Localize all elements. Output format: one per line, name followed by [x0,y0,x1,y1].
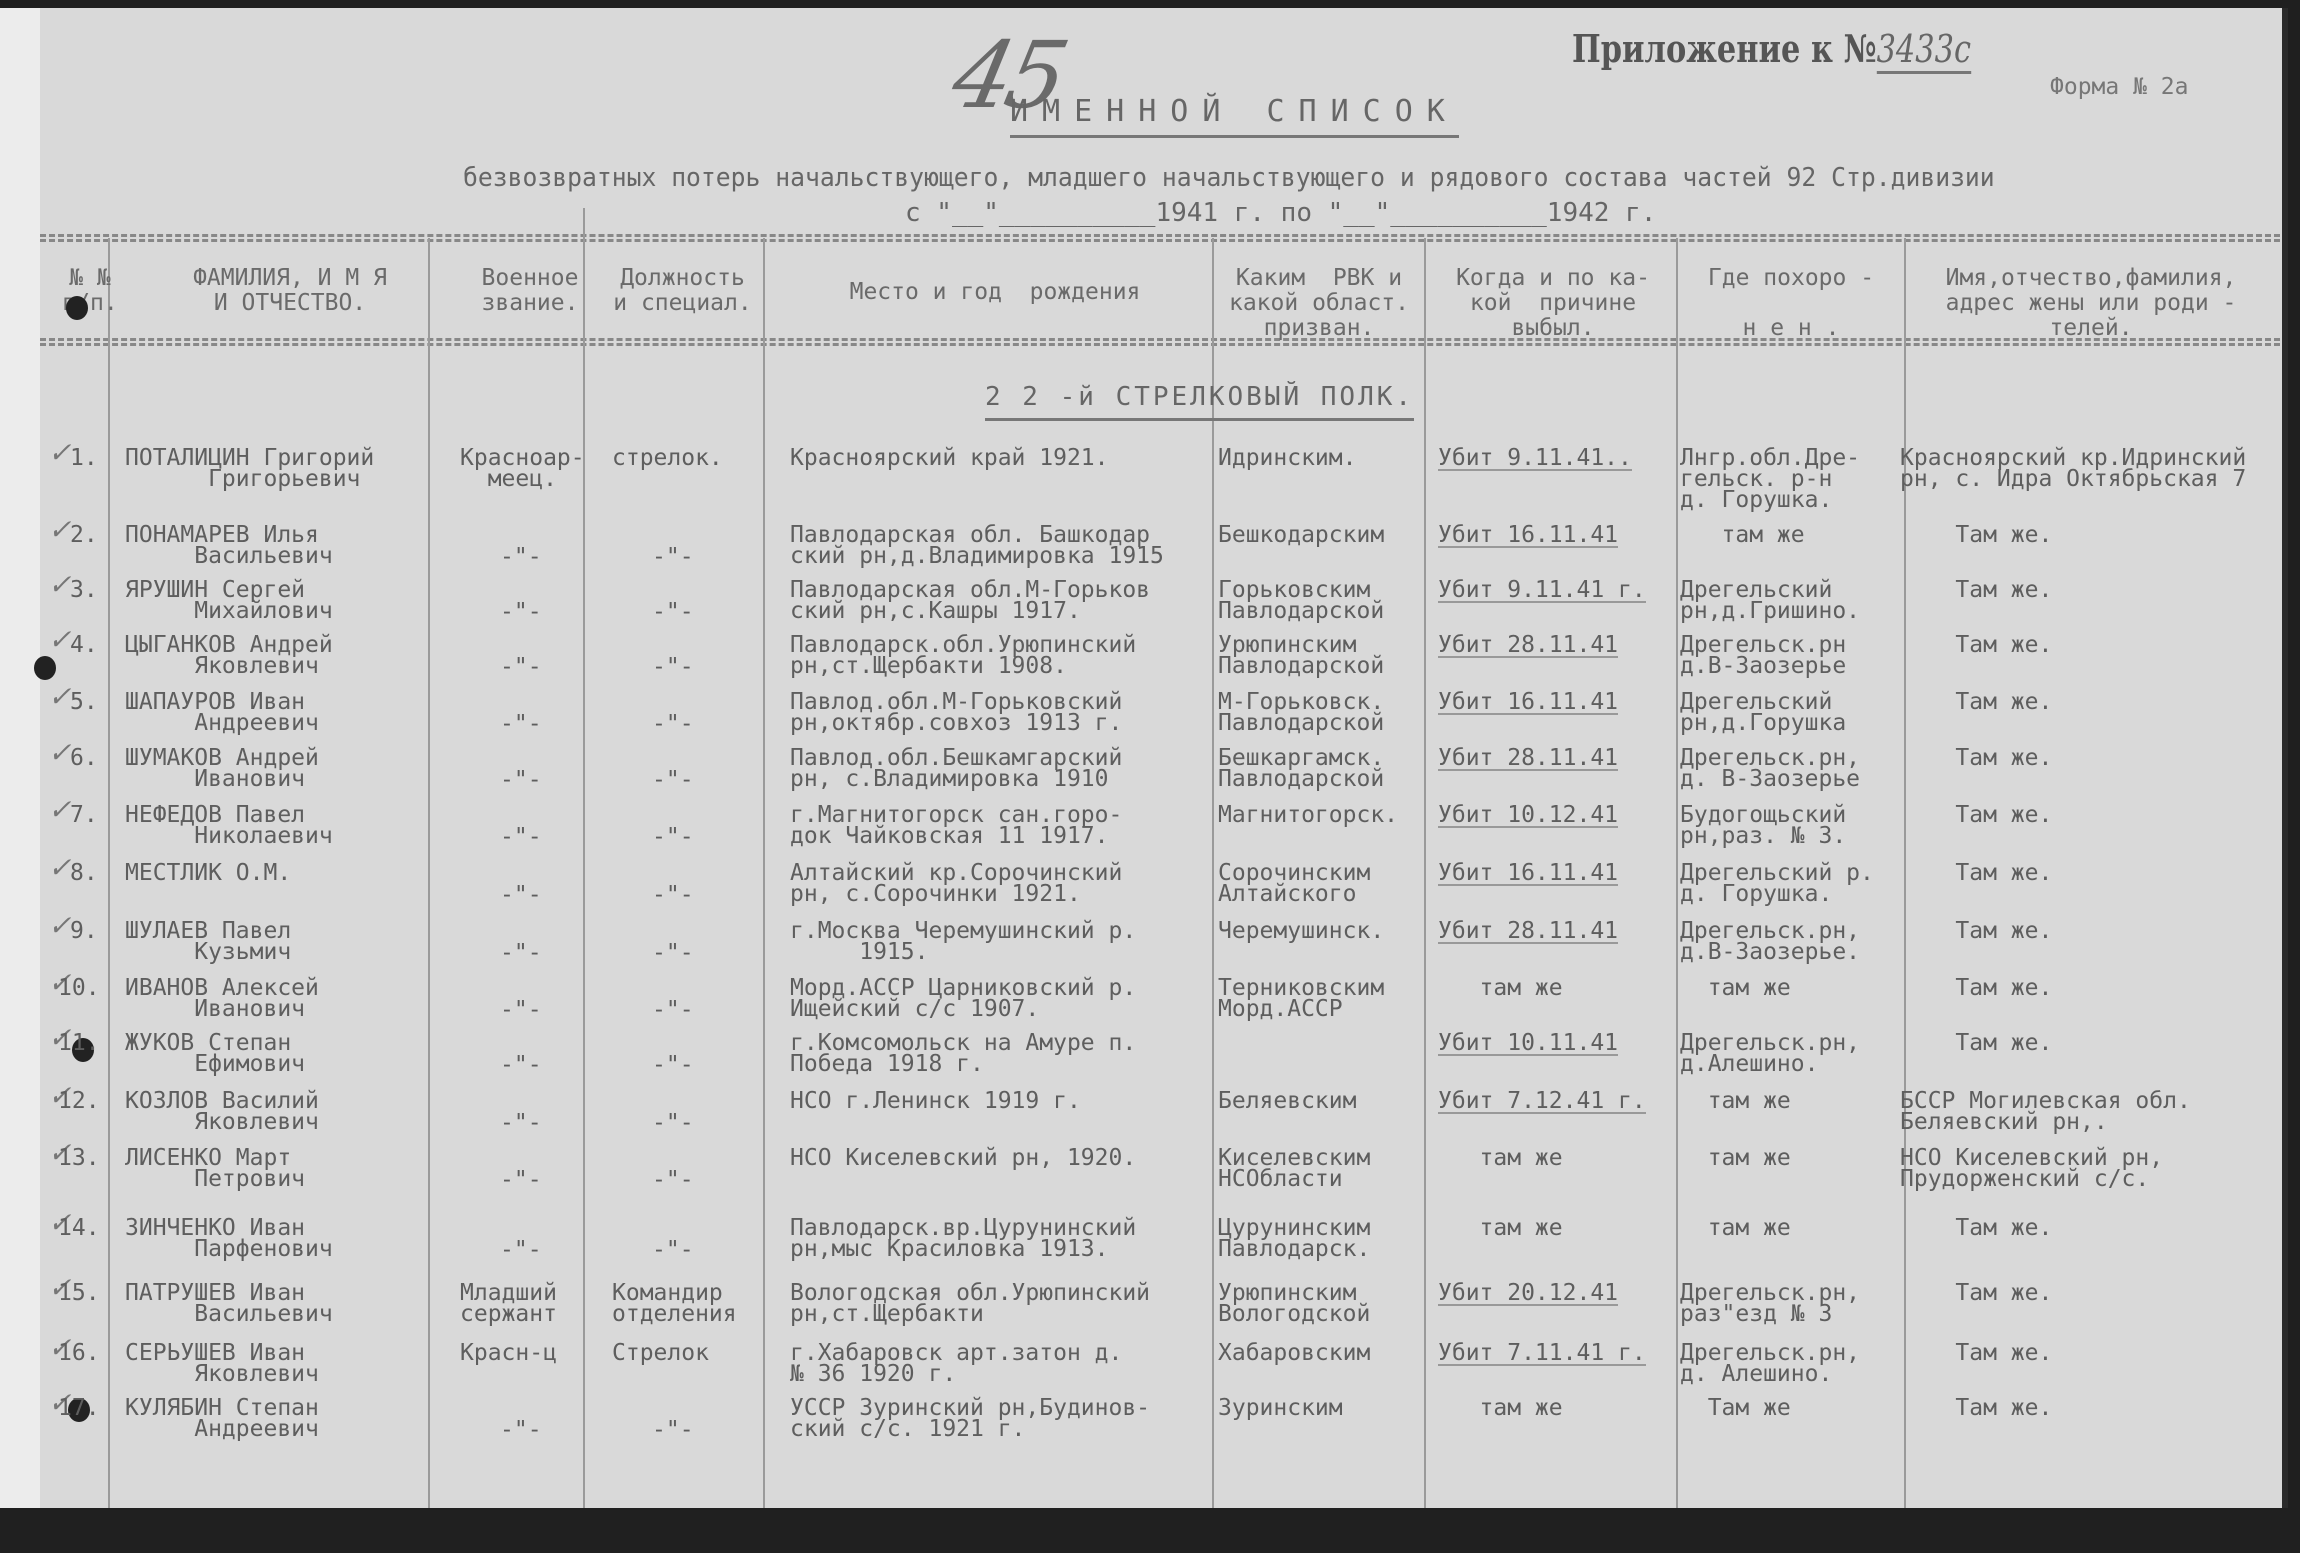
soldier-name: ЗИНЧЕНКО Иван Парфенович [125,1218,333,1260]
draft-office: Сорочинским Алтайского [1218,863,1370,905]
column-divider [763,238,765,1508]
column-header-buried: Где похоро - н е н . [1678,266,1904,341]
draft-office: Цурунинским Павлодарск. [1218,1218,1370,1260]
check-mark-icon: ✓ [48,680,71,713]
check-mark-icon: ✓ [48,851,71,884]
row-number: 14. [58,1218,100,1239]
row-number: 7. [70,805,98,826]
birthplace-year: Павлод.обл.Бешкамгарский рн, с.Владимиро… [790,748,1122,790]
burial-place: Дрегельский рн,д.Горушка [1680,692,1846,734]
birthplace-year: г.Москва Черемушинский р. 1915. [790,921,1136,963]
scan-background [0,1510,2300,1553]
relatives-address: Там же. [1900,1033,2052,1054]
position: -"- [652,1000,694,1021]
position: -"- [652,657,694,678]
military-rank: -"- [500,1055,542,1076]
soldier-name: ШАПАУРОВ Иван Андреевич [125,692,319,734]
birthplace-year: Алтайский кр.Сорочинский рн, с.Сорочинки… [790,863,1122,905]
relatives-address: Там же. [1900,1283,2052,1304]
row-number: 2. [70,525,98,546]
date-cause: Убит 28.11.41 [1438,748,1618,771]
date-cause: Убит 16.11.41 [1438,525,1618,548]
document-page: 45 Приложение к №3433с Форма № 2а ИМЕННО… [0,8,2288,1508]
relatives-address: Там же. [1900,978,2052,999]
soldier-name: ШУМАКОВ Андрей Иванович [125,748,319,790]
relatives-address: Красноярский кр.Идринский рн, с. Идра Ок… [1900,448,2246,490]
column-header-when: Когда и по ка- кой причине выбыл. [1428,266,1678,341]
draft-office: Магнитогорск. [1218,805,1398,826]
burial-place: Дрегельск.рн, д.Алешино. [1680,1033,1860,1075]
birthplace-year: Морд.АССР Царниковский р. Ищейский с/с 1… [790,978,1136,1020]
date-cause: там же [1438,1148,1563,1169]
date-cause: Убит 16.11.41 [1438,863,1618,886]
birthplace-year: г.Магнитогорск сан.горо- док Чайковская … [790,805,1122,847]
position: -"- [652,1240,694,1261]
date-cause: Убит 10.12.41 [1438,805,1618,828]
soldier-name: КУЛЯБИН Степан Андреевич [125,1398,319,1440]
military-rank: -"- [500,547,542,568]
column-header-birth: Место и год рождения [780,280,1210,305]
birthplace-year: УССР Зуринский рн,Будинов- ский с/с. 192… [790,1398,1150,1440]
soldier-name: ПОТАЛИЦИН Григорий Григорьевич [125,448,374,490]
row-number: 5. [70,692,98,713]
date-cause: Убит 10.11.41 [1438,1033,1618,1056]
burial-place: Дрегельск.рн, раз"езд № 3 [1680,1283,1860,1325]
draft-office: Киселевским НСОбласти [1218,1148,1370,1190]
relatives-address: Там же. [1900,1218,2052,1239]
burial-place: Лнгр.обл.Дре- гельск. р-н д. Горушка. [1680,448,1860,511]
relatives-address: Там же. [1900,580,2052,601]
burial-place: там же [1680,978,1791,999]
birthplace-year: Павлодарск.вр.Цурунинский рн,мыс Красило… [790,1218,1136,1260]
burial-place: там же [1680,525,1805,546]
page-margin [0,8,40,1508]
soldier-name: МЕСТЛИК О.М. [125,863,291,884]
draft-office: Бешкаргамск. Павлодарской [1218,748,1384,790]
burial-place: Дрегельский р. д. Горушка. [1680,863,1874,905]
military-rank: Младший сержант [460,1283,557,1325]
date-cause: Убит 28.11.41 [1438,635,1618,658]
relatives-address: Там же. [1900,1398,2052,1419]
column-header-name: ФАМИЛИЯ, И М Я И ОТЧЕСТВО. [150,266,430,316]
row-number: 15. [58,1283,100,1304]
burial-place: Дрегельск.рн, д. Алешино. [1680,1343,1860,1385]
military-rank: -"- [500,714,542,735]
document-title: ИМЕННОЙ СПИСОК [1010,94,1459,138]
soldier-name: ЯРУШИН Сергей Михайлович [125,580,333,622]
row-number: 10. [58,978,100,999]
military-rank: -"- [500,657,542,678]
birthplace-year: Павлод.обл.М-Горьковский рн,октябр.совхо… [790,692,1122,734]
birthplace-year: НСО Киселевский рн, 1920. [790,1148,1136,1169]
birthplace-year: Красноярский край 1921. [790,448,1109,469]
position: Командир отделения [612,1283,737,1325]
column-divider [1424,238,1426,1508]
date-cause: там же [1438,978,1563,999]
punch-hole [34,656,56,680]
draft-office: Хабаровским [1218,1343,1370,1364]
birthplace-year: Павлодарская обл.М-Горьков ский рн,с.Каш… [790,580,1150,622]
position: стрелок. [612,448,723,469]
birthplace-year: НСО г.Ленинск 1919 г. [790,1091,1081,1112]
check-mark-icon: ✓ [48,909,71,942]
date-period: с "__"__________1941 г. по "__"_________… [905,198,1656,228]
row-number: 16. [58,1343,100,1364]
burial-place: там же [1680,1091,1791,1112]
military-rank: -"- [500,943,542,964]
military-rank: -"- [500,885,542,906]
relatives-address: Там же. [1900,863,2052,884]
relatives-address: Там же. [1900,1343,2052,1364]
position: -"- [652,943,694,964]
date-cause: Убит 9.11.41.. [1438,448,1632,471]
date-cause: там же [1438,1218,1563,1239]
relatives-address: Там же. [1900,805,2052,826]
position: -"- [652,1055,694,1076]
date-cause: Убит 20.12.41 [1438,1283,1618,1306]
position: -"- [652,714,694,735]
position: Стрелок [612,1343,709,1364]
check-mark-icon: ✓ [48,568,71,601]
military-rank: -"- [500,602,542,623]
row-number: 17. [58,1398,100,1419]
row-number: 4. [70,635,98,656]
soldier-name: КОЗЛОВ Василий Яковлевич [125,1091,319,1133]
military-rank: -"- [500,770,542,791]
relatives-address: Там же. [1900,748,2052,769]
check-mark-icon: ✓ [48,623,71,656]
draft-office: Урюпинским Вологодской [1218,1283,1370,1325]
column-header-rvk: Каким РВК и какой област. призван. [1214,266,1424,341]
soldier-name: ПОНАМАРЕВ Илья Васильевич [125,525,333,567]
soldier-name: ЦЫГАНКОВ Андрей Яковлевич [125,635,333,677]
position: -"- [652,770,694,791]
column-divider [1212,238,1214,1508]
draft-office: Горьковским Павлодарской [1218,580,1384,622]
military-rank: -"- [500,1113,542,1134]
draft-office: Терниковским Морд.АССР [1218,978,1384,1020]
burial-place: Там же [1680,1398,1791,1419]
soldier-name: ЖУКОВ Степан Ефимович [125,1033,305,1075]
birthplace-year: г.Комсомольск на Амуре п. Победа 1918 г. [790,1033,1136,1075]
birthplace-year: Вологодская обл.Урюпинский рн,ст.Щербакт… [790,1283,1150,1325]
row-number: 9. [70,921,98,942]
column-divider [583,208,585,1508]
date-cause: Убит 28.11.41 [1438,921,1618,944]
military-rank: -"- [500,827,542,848]
check-mark-icon: ✓ [48,793,71,826]
punch-hole [66,296,88,320]
draft-office: М-Горьковск. Павлодарской [1218,692,1384,734]
burial-place: там же [1680,1148,1791,1169]
position: -"- [652,1170,694,1191]
birthplace-year: Павлодарск.обл.Урюпинский рн,ст.Щербакти… [790,635,1136,677]
draft-office: Черемушинск. [1218,921,1384,942]
military-rank: -"- [500,1000,542,1021]
regiment-heading: 2 2 -й СТРЕЛКОВЫЙ ПОЛК. [985,382,1414,421]
check-mark-icon: ✓ [48,513,71,546]
soldier-name: ПАТРУШЕВ Иван Васильевич [125,1283,333,1325]
column-header-rank: Военное звание. [470,266,590,316]
check-mark-icon: ✓ [48,436,71,469]
soldier-name: СЕРЬУШЕВ Иван Яковлевич [125,1343,319,1385]
row-number: 12. [58,1091,100,1112]
burial-place: Дрегельск.рн д.В-Заозерье [1680,635,1846,677]
draft-office: Зуринским [1218,1398,1343,1419]
soldier-name: НЕФЕДОВ Павел Николаевич [125,805,333,847]
appendix-label: Приложение к № [1572,26,1877,71]
date-cause: Убит 7.12.41 г. [1438,1091,1646,1114]
appendix-stamp: Приложение к №3433с [1572,26,1971,71]
row-number: 6. [70,748,98,769]
draft-office: Урюпинским Павлодарской [1218,635,1384,677]
date-cause: там же [1438,1398,1563,1419]
form-number: Форма № 2а [2050,74,2188,100]
soldier-name: ЛИСЕНКО Март Петрович [125,1148,305,1190]
date-cause: Убит 9.11.41 г. [1438,580,1646,603]
document-subtitle: безвозвратных потерь начальствующего, мл… [463,163,1995,193]
position: -"- [652,885,694,906]
burial-place: Дрегельский рн,д.Гришино. [1680,580,1860,622]
birthplace-year: Павлодарская обл. Башкодар ский рн,д.Вла… [790,525,1164,567]
row-number: 8. [70,863,98,884]
burial-place: Будогощьский рн,раз. № 3. [1680,805,1846,847]
check-mark-icon: ✓ [48,736,71,769]
relatives-address: Там же. [1900,635,2052,656]
draft-office: Бешкодарским [1218,525,1384,546]
column-divider [428,238,430,1508]
military-rank: -"- [500,1420,542,1441]
relatives-address: Там же. [1900,525,2052,546]
burial-place: Дрегельск.рн, д.В-Заозерье. [1680,921,1860,963]
position: -"- [652,827,694,848]
military-rank: Красноар- меец. [460,448,585,490]
relatives-address: Там же. [1900,921,2052,942]
birthplace-year: г.Хабаровск арт.затон д. № 36 1920 г. [790,1343,1122,1385]
row-number: 3. [70,580,98,601]
military-rank: Красн-ц [460,1343,557,1364]
date-cause: Убит 7.11.41 г. [1438,1343,1646,1366]
position: -"- [652,1113,694,1134]
relatives-address: НСО Киселевский рн, Прудорженский с/с. [1900,1148,2163,1190]
position: -"- [652,602,694,623]
military-rank: -"- [500,1170,542,1191]
draft-office: Беляевским [1218,1091,1356,1112]
relatives-address: БССР Могилевская обл. Беляевский рн,. [1900,1091,2191,1133]
military-rank: -"- [500,1240,542,1261]
appendix-number: 3433с [1877,27,1971,74]
column-header-position: Должность и специал. [600,266,765,316]
soldier-name: ШУЛАЕВ Павел Кузьмич [125,921,291,963]
position: -"- [652,547,694,568]
date-cause: Убит 16.11.41 [1438,692,1618,715]
burial-place: там же [1680,1218,1791,1239]
row-number: 1. [70,448,98,469]
burial-place: Дрегельск.рн, д. В-Заозерье [1680,748,1860,790]
row-number: 13. [58,1148,100,1169]
header-top-rule [40,234,2280,242]
relatives-address: Там же. [1900,692,2052,713]
position: -"- [652,1420,694,1441]
column-header-relatives: Имя,отчество,фамилия, адрес жены или род… [1906,266,2276,341]
row-number: 11. [58,1033,100,1054]
column-divider [1676,238,1678,1508]
soldier-name: ИВАНОВ Алексей Иванович [125,978,319,1020]
draft-office: Идринским. [1218,448,1356,469]
column-divider [108,238,110,1508]
